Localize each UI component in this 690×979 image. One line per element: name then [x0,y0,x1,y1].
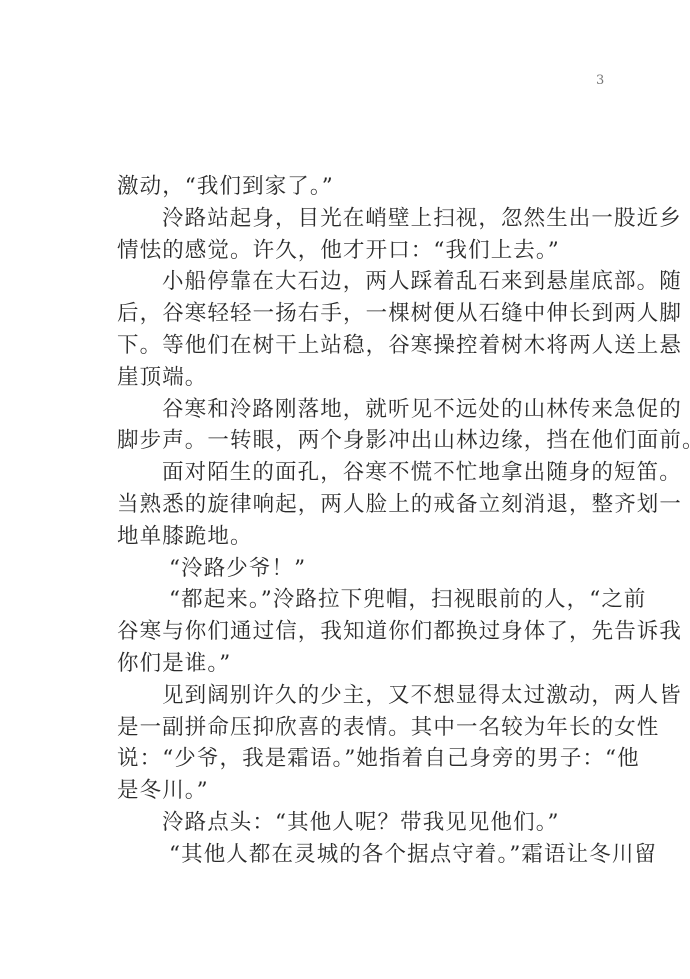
text-line: 谷寒与你们通过信，我知道你们都换过身体了，先告诉我 [117,616,587,648]
text-line: 泠路站起身，目光在峭壁上扫视，忽然生出一股近乡 [117,203,587,235]
text-line: 说：“少爷，我是霜语。”她指着自己身旁的男子：“他 [117,743,587,775]
text-line: 激动，“我们到家了。” [117,171,587,203]
text-line: 小船停靠在大石边，两人踩着乱石来到悬崖底部。随 [117,266,587,298]
text-line: 是冬川。” [117,775,587,807]
text-line: “其他人都在灵城的各个据点守着。”霜语让冬川留 [117,839,587,871]
text-line: 面对陌生的面孔，谷寒不慌不忙地拿出随身的短笛。 [117,457,587,489]
text-line: 谷寒和泠路刚落地，就听见不远处的山林传来急促的 [117,394,587,426]
text-line: 见到阔别许久的少主，又不想显得太过激动，两人皆 [117,680,587,712]
text-line: “泠路少爷！” [117,553,587,585]
text-line: 崖顶端。 [117,362,587,394]
text-line: 泠路点头：“其他人呢？带我见见他们。” [117,807,587,839]
text-line: 后，谷寒轻轻一扬右手，一棵树便从石缝中伸长到两人脚 [117,298,587,330]
text-line: 情怯的感觉。许久，他才开口：“我们上去。” [117,235,587,267]
text-line: 是一副拼命压抑欣喜的表情。其中一名较为年长的女性 [117,712,587,744]
text-line: 脚步声。一转眼，两个身影冲出山林边缘，挡在他们面前。 [117,425,587,457]
text-line: 下。等他们在树干上站稳，谷寒操控着树木将两人送上悬 [117,330,587,362]
document-page: 3 激动，“我们到家了。” 泠路站起身，目光在峭壁上扫视，忽然生出一股近乡 情怯… [0,0,690,979]
text-line: 当熟悉的旋律响起，两人脸上的戒备立刻消退，整齐划一 [117,489,587,521]
body-text: 激动，“我们到家了。” 泠路站起身，目光在峭壁上扫视，忽然生出一股近乡 情怯的感… [117,171,587,871]
text-line: “都起来。”泠路拉下兜帽，扫视眼前的人，“之前 [117,584,587,616]
text-line: 你们是谁。” [117,648,587,680]
page-number: 3 [596,73,604,88]
text-line: 地单膝跪地。 [117,521,587,553]
